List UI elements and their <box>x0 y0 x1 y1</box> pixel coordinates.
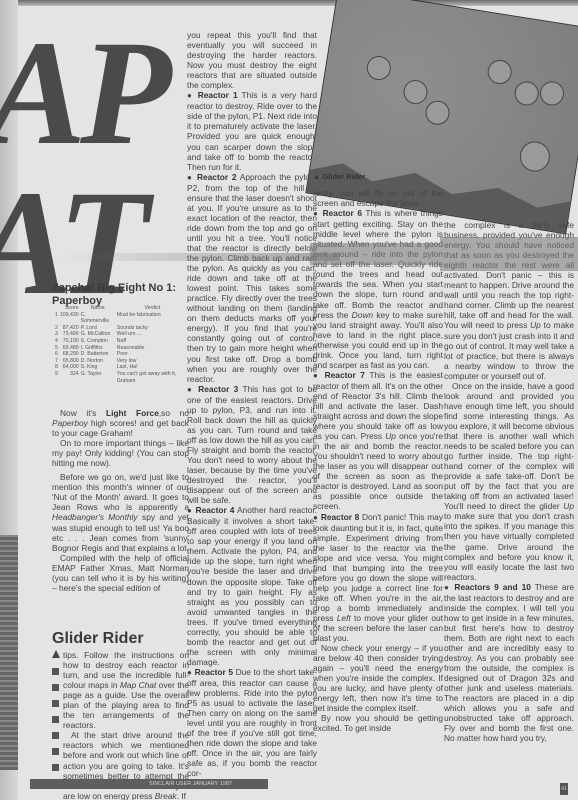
paragraph: you repeat this you'll find that eventua… <box>187 30 317 90</box>
tree-sprite <box>365 54 392 81</box>
tree-sprite <box>538 80 565 107</box>
paragraph: Now check your energy – if you are below… <box>313 643 443 713</box>
table-header: Score Name Verdict <box>54 305 189 312</box>
square-icon <box>52 700 59 707</box>
table-row: 1109,430C. SommervilleMust be fabricatio… <box>54 312 189 325</box>
decorative-squares <box>52 650 60 796</box>
reactor-9-10-tip: ● Reactors 9 and 10 These are the last r… <box>444 582 574 744</box>
paragraph: At the start drive around the reactors w… <box>63 730 189 800</box>
bullet-icon: ● <box>313 209 319 218</box>
print-smear <box>60 253 340 261</box>
page-top-edge <box>0 0 578 6</box>
arrow-up-icon <box>52 650 60 658</box>
reactors-column-1: you repeat this you'll find that eventua… <box>187 30 317 778</box>
table-row: 864,000S. KingLast, Ha! <box>54 364 189 371</box>
reactor-2-tip: ● Reactor 2 Approach the pylon, P2, from… <box>187 172 317 384</box>
paragraph: By now you should be getting excited. To… <box>313 713 443 733</box>
bullet-icon: ● <box>187 668 192 677</box>
square-icon <box>52 684 59 691</box>
bullet-icon: ● <box>187 506 193 515</box>
tree-sprite <box>402 78 429 105</box>
table-row: 373,490G. McCallionWell um ... <box>54 331 189 338</box>
reactor-1-tip: ● Reactor 1 This is a very hard reactor … <box>187 90 317 171</box>
paragraph: Before we go on, we'd just like to menti… <box>52 472 189 552</box>
zapchat-title-top: AP <box>0 18 166 168</box>
paragraph: rectly, you will fly on out of the scree… <box>313 188 443 208</box>
screenshot-caption: ▲ Glider Rider <box>313 172 365 181</box>
bullet-icon: ● <box>313 513 318 522</box>
reactor-6-tip: ● Reactor 6 This is where things start g… <box>313 208 443 370</box>
tree-sprite <box>513 80 540 107</box>
print-smear <box>310 243 440 265</box>
reactor-3-tip: ● Reactor 3 This has got to be one of th… <box>187 384 317 506</box>
square-icon <box>52 668 59 675</box>
square-icon <box>52 716 59 723</box>
square-icon <box>52 748 59 755</box>
glider-tips-column: tips. Follow the instructions on how to … <box>63 650 189 800</box>
spectrum-screen-fragment <box>0 535 18 770</box>
bullet-icon: ● <box>187 173 193 182</box>
intro-column: Now it's Light Force,so no Paperboy high… <box>52 408 189 593</box>
reactor-5-tip: ● Reactor 5 Due to the short take-off ar… <box>187 667 317 779</box>
big-eight-heading: Zapchat Big Eight No 1: Paperboy <box>52 282 190 307</box>
table-row: 470,190S. ComptonNaff <box>54 338 189 345</box>
reactor-4-tip: ● Reactor 4 Another hard reactor. Basica… <box>187 505 317 667</box>
table-row: 668,290D. BattertonPoor <box>54 351 189 358</box>
table-row: 287,420P. LordSounds tacky <box>54 325 189 332</box>
page-number: 41 <box>560 783 568 795</box>
big-eight-table: Score Name Verdict 1109,430C. Sommervill… <box>54 305 189 384</box>
paragraph: On to more important things – like my pa… <box>52 438 189 468</box>
tree-sprite <box>424 99 451 126</box>
bullet-icon: ● <box>444 583 450 592</box>
reactor-sprite <box>518 139 552 173</box>
table-row: 9324G. TaylorYou can't get away with it,… <box>54 371 189 384</box>
reactor-7-tip: ● Reactor 7 This is the easiest reactor … <box>313 370 443 512</box>
paragraph: Compiled with the help of official EMAP … <box>52 553 189 593</box>
square-icon <box>52 764 59 771</box>
paragraph: Now it's Light Force,so no Paperboy high… <box>52 408 189 438</box>
reactors-column-3: the complex is a fairly safe business, p… <box>444 220 574 743</box>
magazine-footer: SINCLAIR USER JANUARY 1987 <box>30 779 268 789</box>
table-row: 569,480I. GriffithsReasonable <box>54 345 189 352</box>
paragraph: tips. Follow the instructions on how to … <box>63 650 189 730</box>
paragraph: Once on the inside, have a good look aro… <box>444 381 574 582</box>
reactors-column-2: rectly, you will fly on out of the scree… <box>313 188 443 734</box>
glider-rider-heading: Glider Rider <box>52 630 144 648</box>
table-row: 765,800D. NortonVery low <box>54 358 189 365</box>
square-icon <box>52 732 59 739</box>
print-smear <box>440 237 578 271</box>
reactor-8-tip: ● Reactor 8 Don't panic! This may look d… <box>313 512 443 644</box>
bullet-icon: ● <box>187 91 194 100</box>
bullet-icon: ● <box>187 385 194 394</box>
tree-sprite <box>486 58 513 85</box>
bullet-icon: ● <box>313 371 320 380</box>
